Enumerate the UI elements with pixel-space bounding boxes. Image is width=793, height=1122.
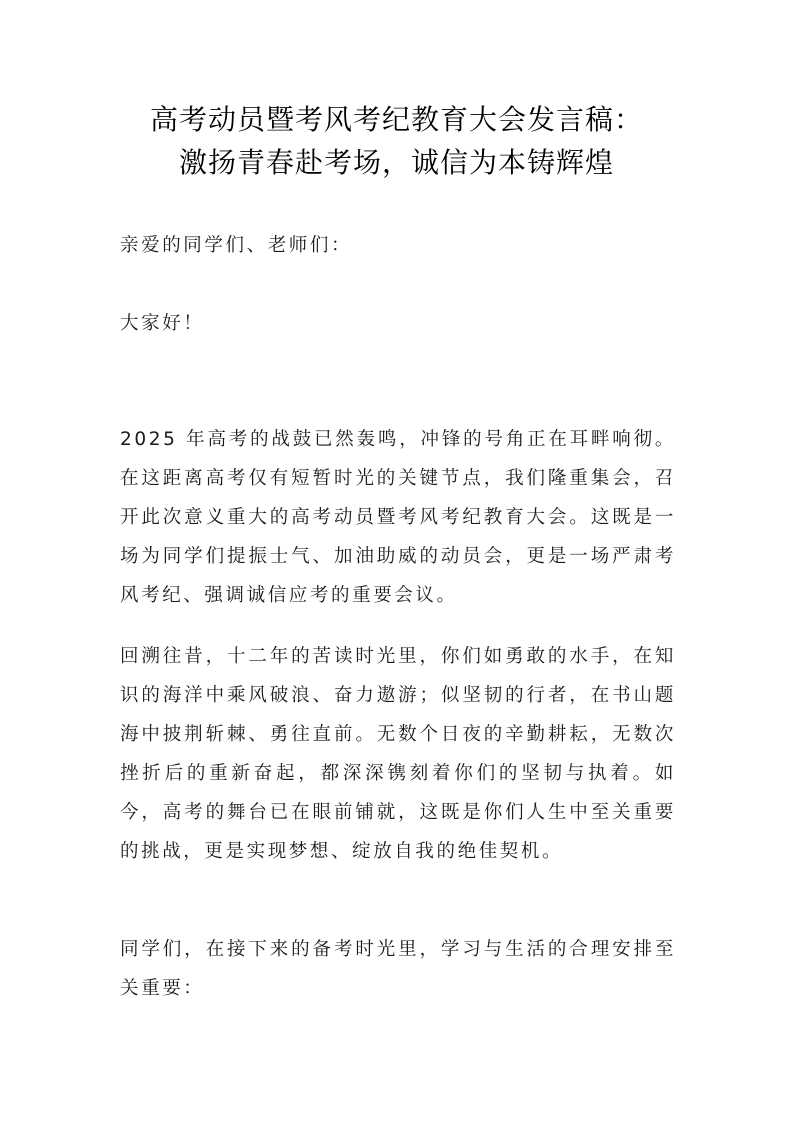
greeting: 大家好！ [120, 304, 676, 343]
paragraph-preparation: 同学们，在接下来的备考时光里，学习与生活的合理安排至关重要： [120, 930, 676, 1008]
document-title: 高考动员暨考风考纪教育大会发言稿： 激扬青春赴考场，诚信为本铸辉煌 [100, 98, 693, 184]
paragraph-retrospect: 回溯往昔，十二年的苦读时光里，你们如勇敢的水手，在知识的海洋中乘风破浪、奋力遨游… [120, 637, 676, 871]
paragraph-opening: 2025 年高考的战鼓已然轰鸣，冲锋的号角正在耳畔响彻。在这距离高考仅有短暂时光… [120, 420, 676, 615]
title-line-1: 高考动员暨考风考纪教育大会发言稿： [100, 98, 693, 141]
salutation: 亲爱的同学们、老师们： [120, 226, 676, 265]
title-line-2: 激扬青春赴考场，诚信为本铸辉煌 [100, 141, 693, 184]
document-page: 高考动员暨考风考纪教育大会发言稿： 激扬青春赴考场，诚信为本铸辉煌 亲爱的同学们… [0, 0, 793, 1122]
